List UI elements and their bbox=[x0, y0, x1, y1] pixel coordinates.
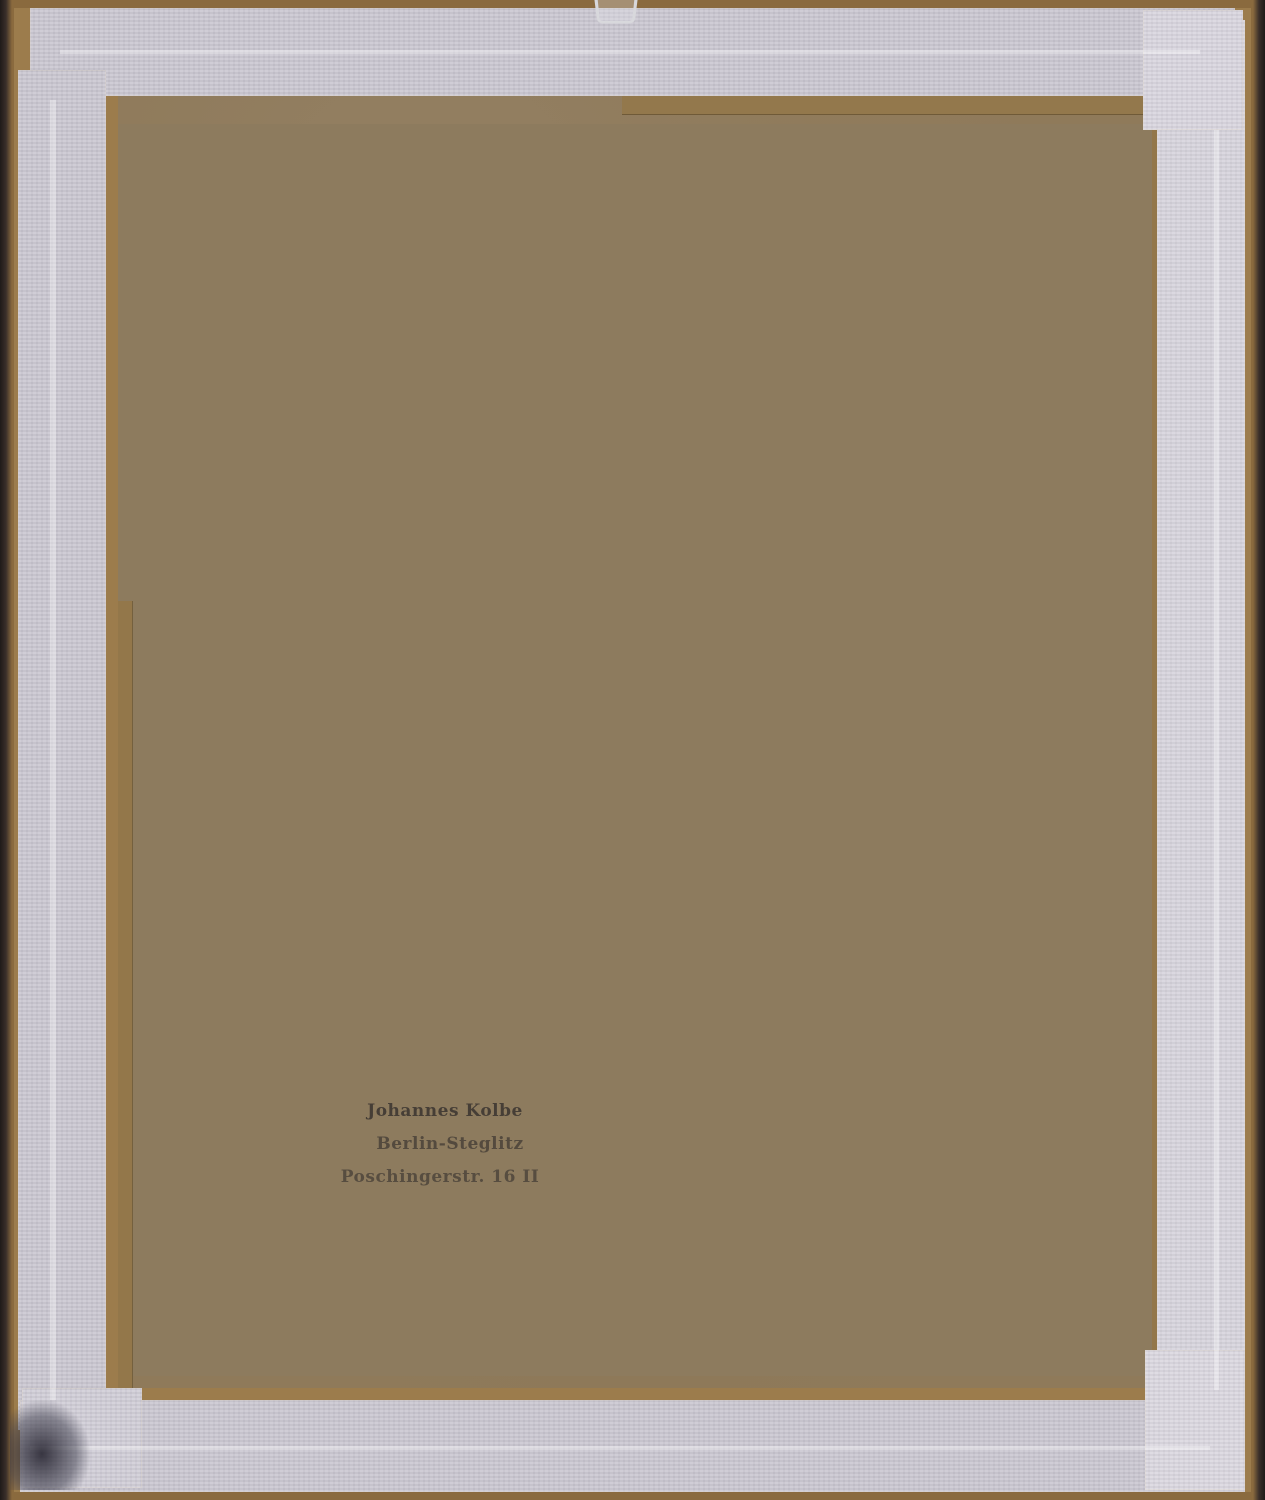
stamp-line-city: Berlin-Steglitz bbox=[320, 1128, 580, 1161]
tape-corner-bottom-right bbox=[1145, 1350, 1245, 1490]
tape-crease-bottom bbox=[30, 1446, 1210, 1450]
tape-crease-left bbox=[50, 100, 56, 1400]
backing-paper bbox=[118, 96, 1166, 1388]
stamp-line-name: Johannes Kolbe bbox=[310, 1095, 580, 1128]
paper-strip-left bbox=[118, 601, 133, 1388]
tape-crease-top bbox=[60, 50, 1200, 54]
maker-stamp: Johannes Kolbe Berlin-Steglitz Poschinge… bbox=[300, 1095, 580, 1194]
tape-crease-right bbox=[1214, 130, 1219, 1390]
tape-corner-top-right bbox=[1143, 10, 1243, 130]
backing-paper-panel bbox=[118, 124, 1155, 1376]
tape-right bbox=[1157, 20, 1245, 1450]
paper-strip-top bbox=[622, 96, 1166, 115]
picture-frame: Johannes Kolbe Berlin-Steglitz Poschinge… bbox=[0, 0, 1265, 1500]
stamp-line-address: Poschingerstr. 16 II bbox=[300, 1161, 580, 1194]
ink-stain bbox=[10, 1400, 90, 1490]
hanging-wire-hook-icon bbox=[594, 0, 637, 23]
tape-left bbox=[18, 70, 106, 1430]
